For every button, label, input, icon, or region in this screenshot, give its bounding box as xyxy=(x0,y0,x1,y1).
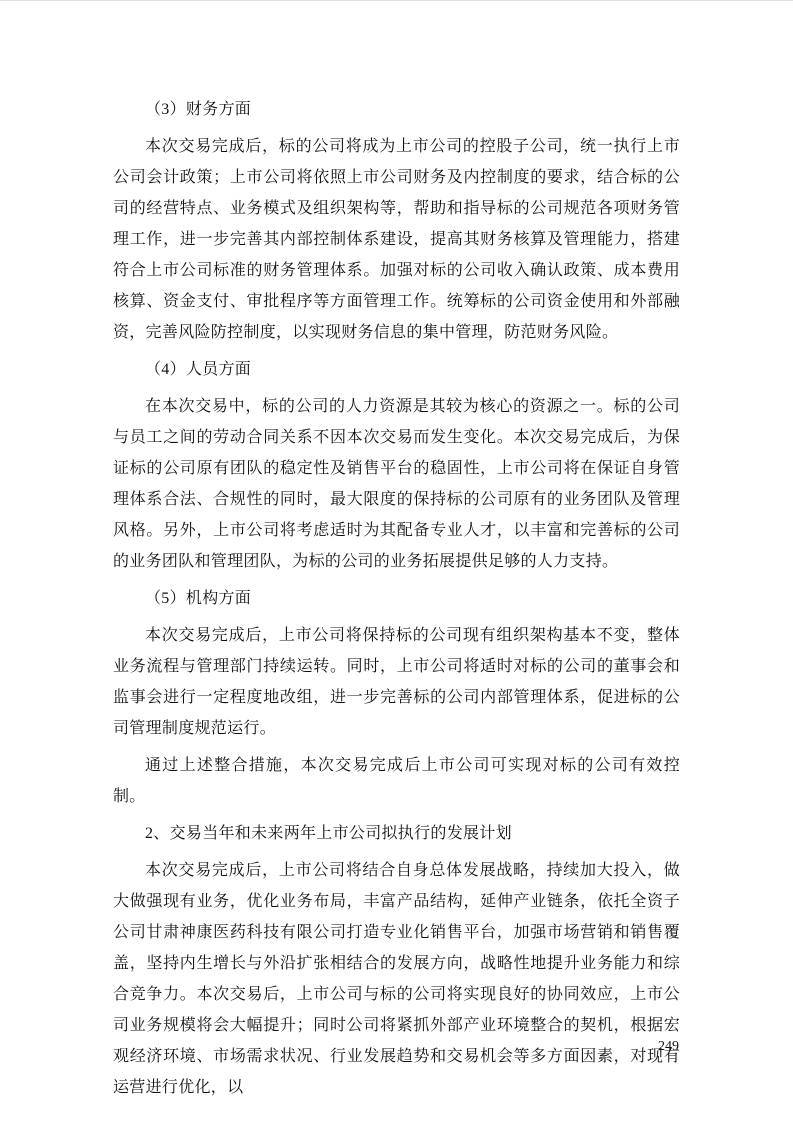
document-page: （3）财务方面 本次交易完成后，标的公司将成为上市公司的控股子公司，统一执行上市… xyxy=(0,0,793,1122)
section-heading-personnel: （4）人员方面 xyxy=(113,354,680,385)
paragraph-finance: 本次交易完成后，标的公司将成为上市公司的控股子公司，统一执行上市公司会计政策；上… xyxy=(113,131,680,348)
section-heading-finance: （3）财务方面 xyxy=(113,94,680,125)
section-heading-development-plan: 2、交易当年和未来两年上市公司拟执行的发展计划 xyxy=(113,818,680,849)
paragraph-organization: 本次交易完成后，上市公司将保持标的公司现有组织架构基本不变，整体业务流程与管理部… xyxy=(113,620,680,744)
page-content: （3）财务方面 本次交易完成后，标的公司将成为上市公司的控股子公司，统一执行上市… xyxy=(113,88,680,1109)
paragraph-personnel: 在本次交易中，标的公司的人力资源是其较为核心的资源之一。标的公司与员工之间的劳动… xyxy=(113,391,680,577)
page-number: 249 xyxy=(658,1038,679,1056)
paragraph-development-plan: 本次交易完成后，上市公司将结合自身总体发展战略，持续加大投入，做大做强现有业务，… xyxy=(113,855,680,1103)
paragraph-integration-summary: 通过上述整合措施，本次交易完成后上市公司可实现对标的公司有效控制。 xyxy=(113,750,680,812)
section-heading-organization: （5）机构方面 xyxy=(113,583,680,614)
